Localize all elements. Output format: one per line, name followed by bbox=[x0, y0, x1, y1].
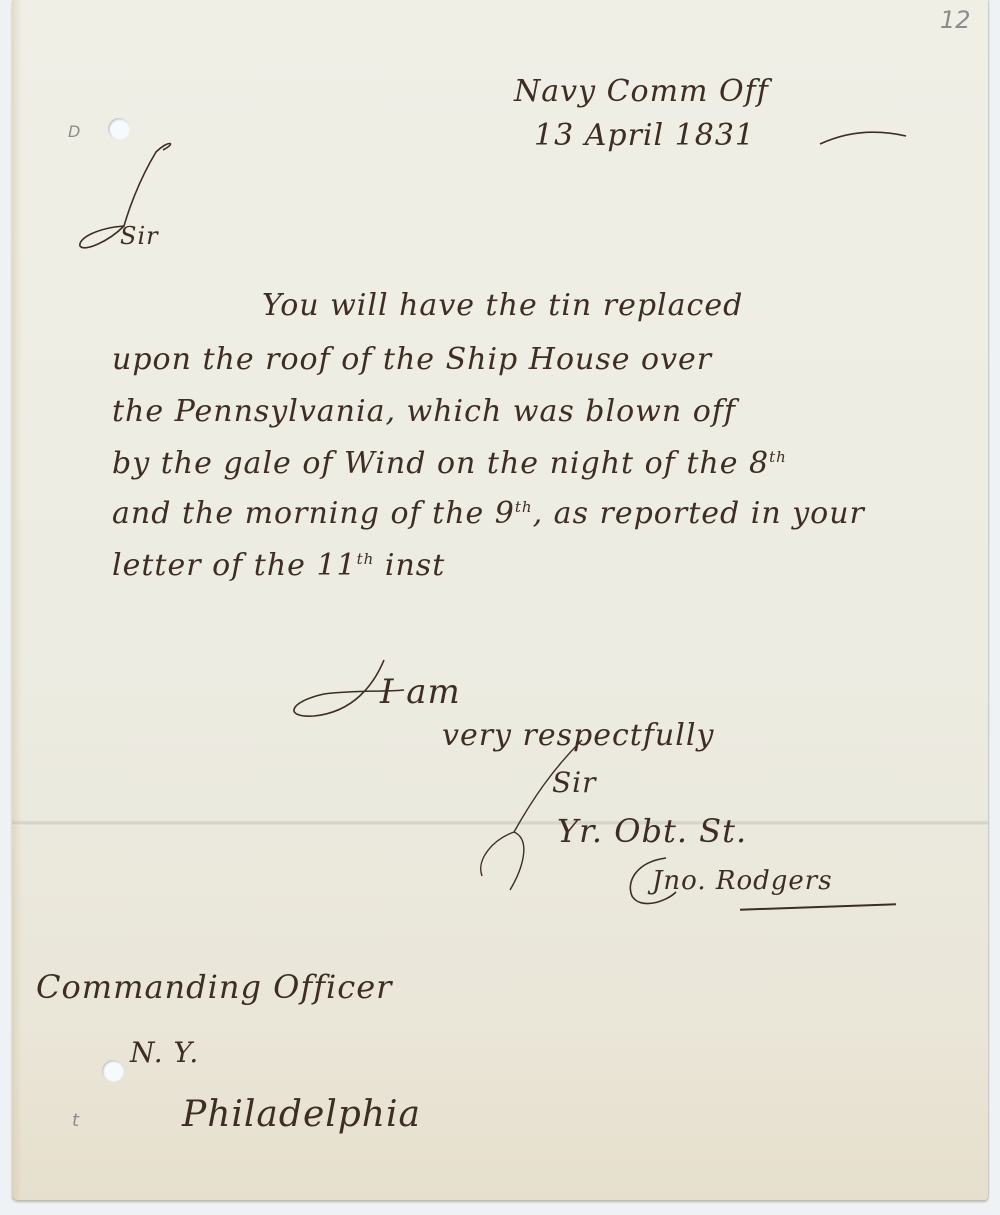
page-number: 12 bbox=[940, 6, 971, 34]
paper-edge-shadow bbox=[12, 0, 22, 1200]
letter-date: 13 April 1831 bbox=[534, 118, 755, 153]
salutation: Sir bbox=[120, 222, 159, 250]
archive-mark-top: D bbox=[68, 122, 80, 141]
body-line-6: letter of the 11th inst bbox=[112, 548, 445, 583]
closing-line-4: Yr. Obt. St. bbox=[557, 812, 747, 850]
address-line-1: Commanding Officer bbox=[36, 968, 392, 1006]
signature: Jno. Rodgers bbox=[652, 866, 833, 896]
address-line-2: N. Y. bbox=[130, 1036, 199, 1069]
closing-line-1: I am bbox=[380, 672, 461, 712]
archive-mark-bottom: t bbox=[72, 1110, 79, 1131]
body-line-5: and the morning of the 9th, as reported … bbox=[112, 496, 865, 531]
punch-hole-top bbox=[108, 118, 130, 140]
address-line-3: Philadelphia bbox=[182, 1094, 421, 1135]
punch-hole-bottom bbox=[102, 1060, 124, 1082]
office-heading: Navy Comm Off bbox=[514, 74, 769, 109]
date-flourish bbox=[820, 126, 910, 156]
body-line-1: You will have the tin replaced bbox=[262, 288, 743, 323]
body-line-3: the Pennsylvania, which was blown off bbox=[112, 394, 736, 429]
body-line-4: by the gale of Wind on the night of the … bbox=[112, 446, 787, 481]
signature-underline bbox=[740, 903, 896, 910]
body-line-2: upon the roof of the Ship House over bbox=[112, 342, 712, 377]
letter-sheet: 12 D t Navy Comm Off 13 April 1831 Sir Y… bbox=[12, 0, 988, 1200]
